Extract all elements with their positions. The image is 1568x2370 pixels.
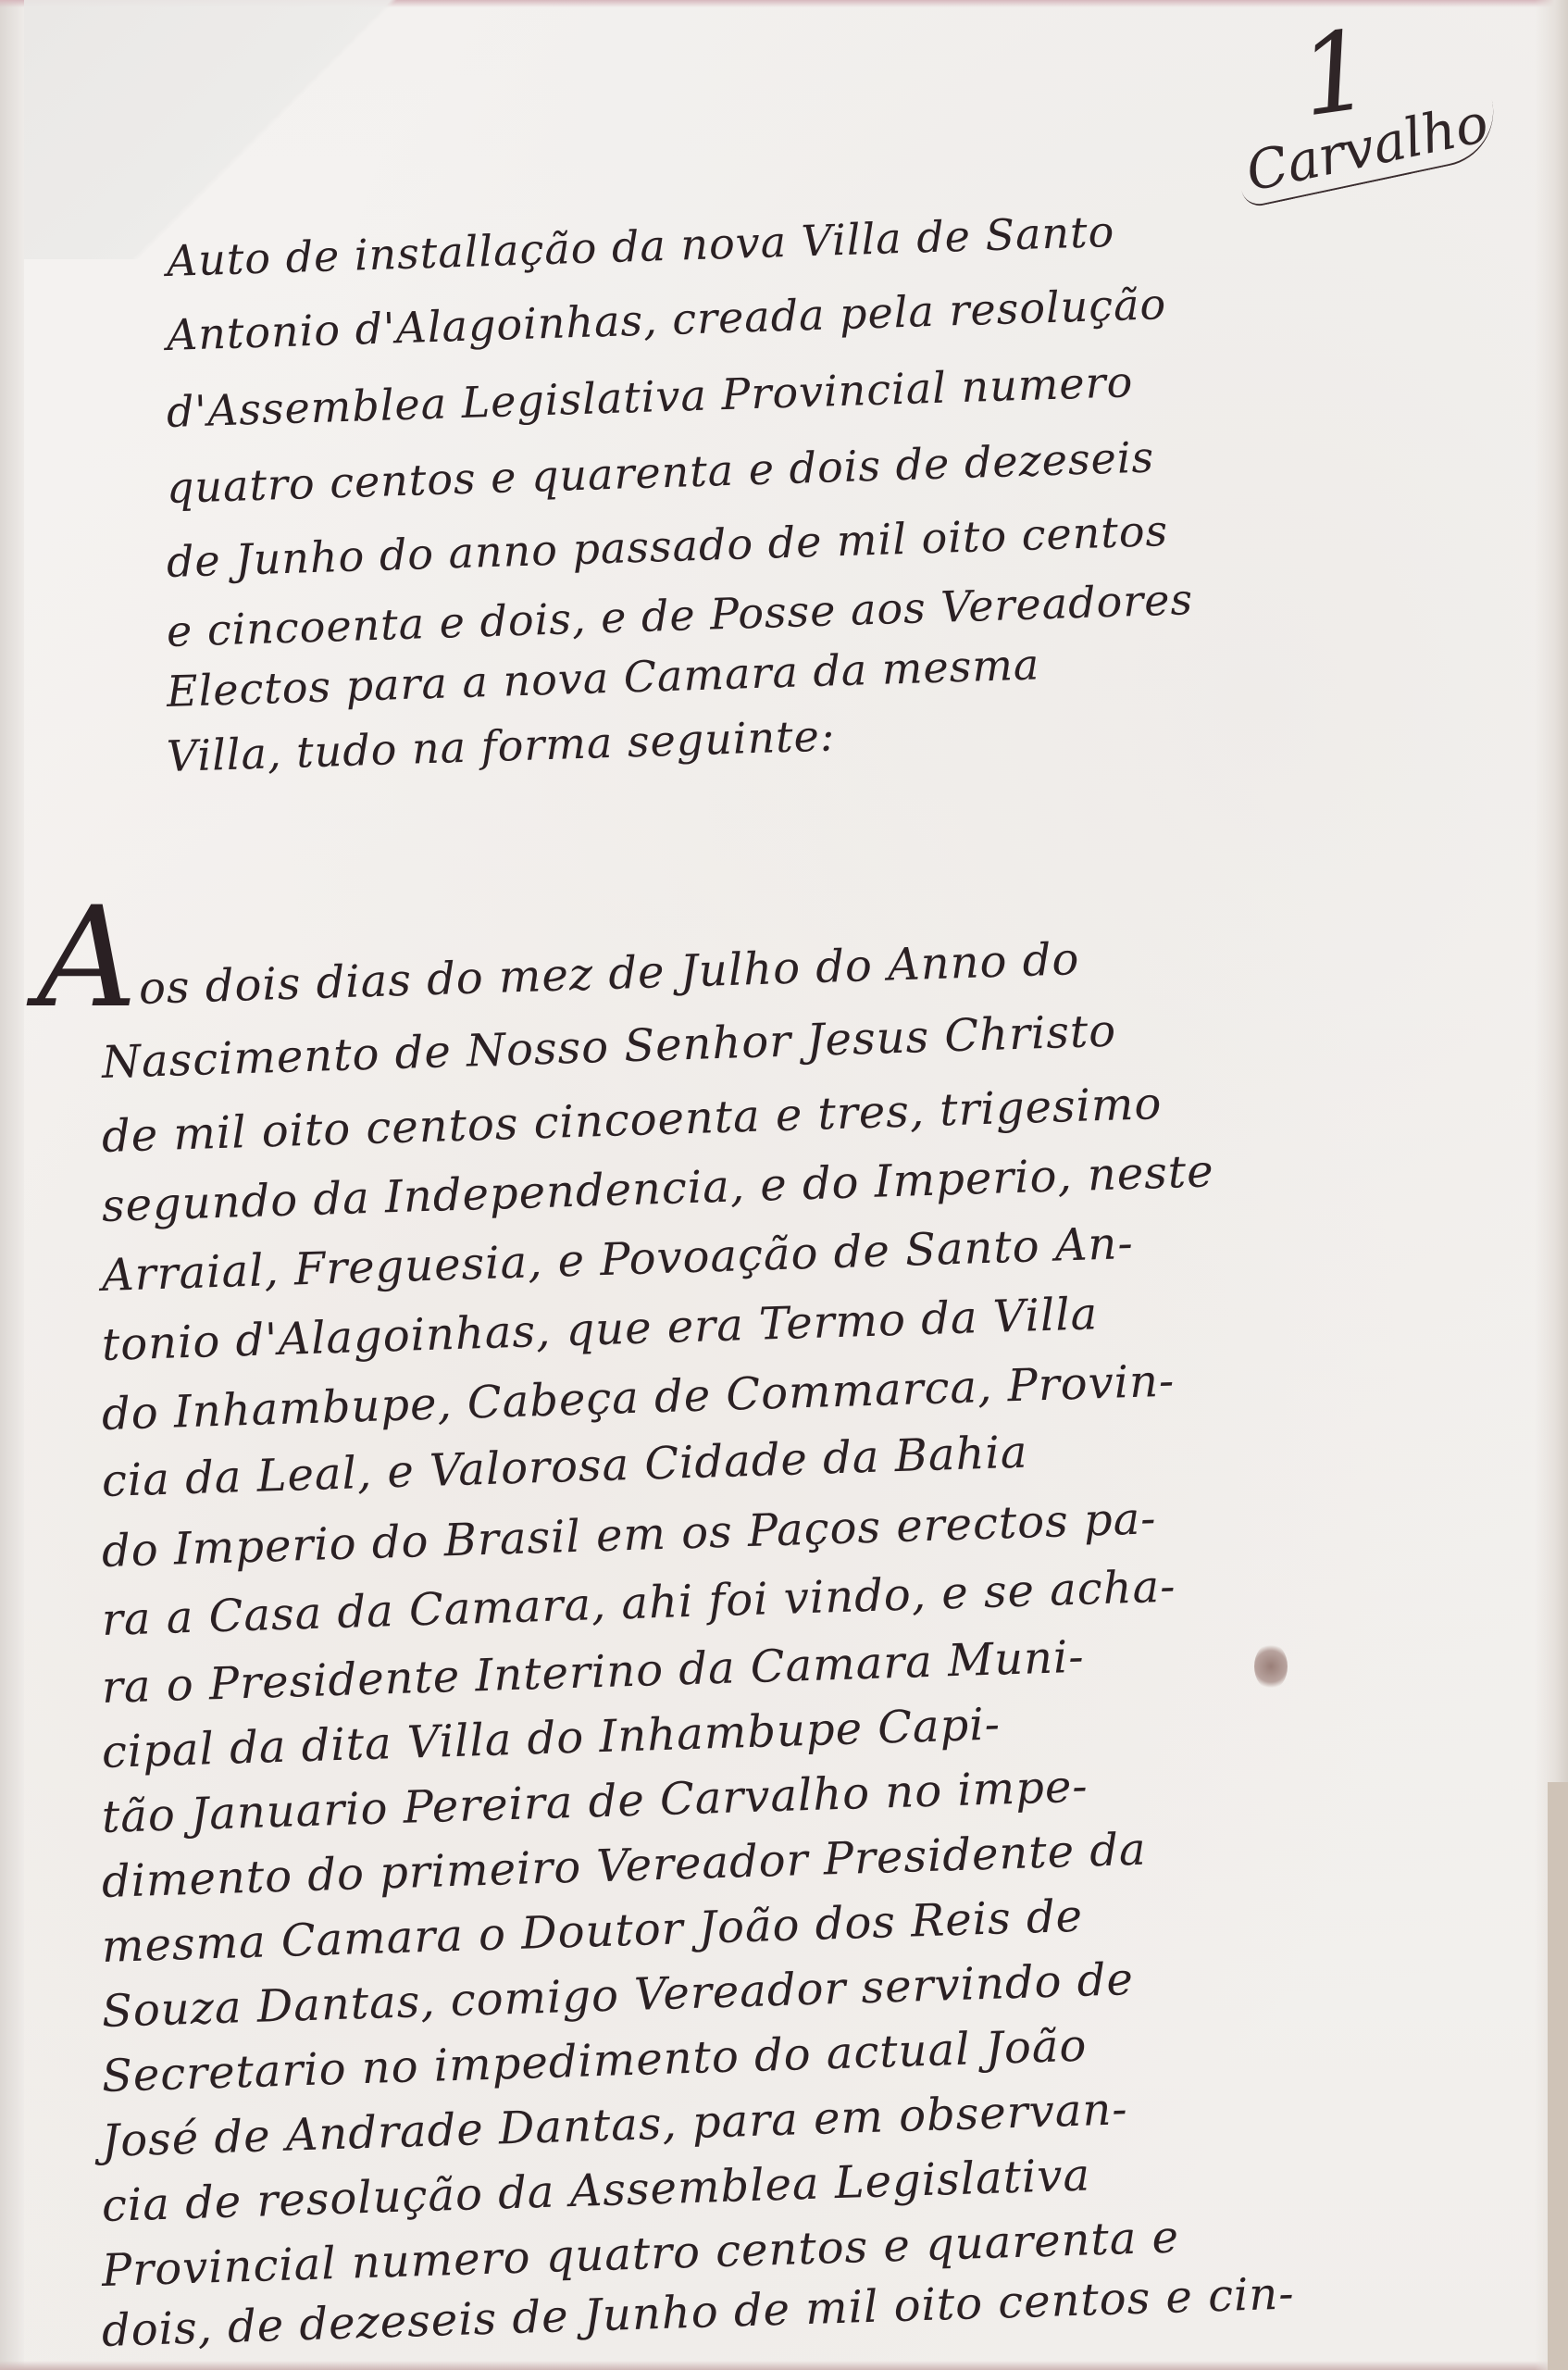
heading-line: d'Assemblea Legislativa Provincial numer… <box>166 356 1134 437</box>
heading-line: de Junho do anno passado de mil oito cen… <box>166 505 1169 587</box>
body-line: Nascimento de Nosso Senhor Jesus Christo <box>101 1005 1117 1089</box>
torn-corner <box>24 0 431 259</box>
body-line: Arraial, Freguesia, e Povoação de Santo … <box>101 1217 1134 1302</box>
heading-line: Villa, tudo na forma seguinte: <box>166 710 836 781</box>
ink-stain <box>1254 1643 1288 1690</box>
body-line: do Imperio do Brasil em os Paços erectos… <box>101 1492 1157 1578</box>
body-line: cia da Leal, e Valorosa Cidade da Bahia <box>101 1427 1028 1507</box>
folio-number: 1 <box>1293 14 1377 131</box>
manuscript-page: 1 Carvalho Auto de installação da nova V… <box>0 0 1568 2370</box>
dropcap: A <box>37 889 137 1028</box>
heading-line: Antonio d'Alagoinhas, creada pela resolu… <box>166 279 1167 360</box>
underlying-page-edge <box>1548 1782 1568 2370</box>
bottom-edge <box>0 2361 1568 2370</box>
body-line: de mil oito centos cincoenta e tres, tri… <box>101 1078 1163 1163</box>
folio-mark: 1 Carvalho <box>1236 19 1523 194</box>
body-line: os dois dias do mez de Julho do Anno do <box>138 933 1080 1015</box>
heading-line: quatro centos e quarenta e dois de dezes… <box>166 431 1155 513</box>
binding-shadow <box>0 0 24 2370</box>
heading-line: e cincoenta e dois, e de Posse aos Verea… <box>166 574 1194 656</box>
body-line: cipal da dita Villa do Inhambupe Capi- <box>101 1699 1002 1778</box>
body-line: tonio d'Alagoinhas, que era Termo da Vil… <box>101 1288 1099 1371</box>
